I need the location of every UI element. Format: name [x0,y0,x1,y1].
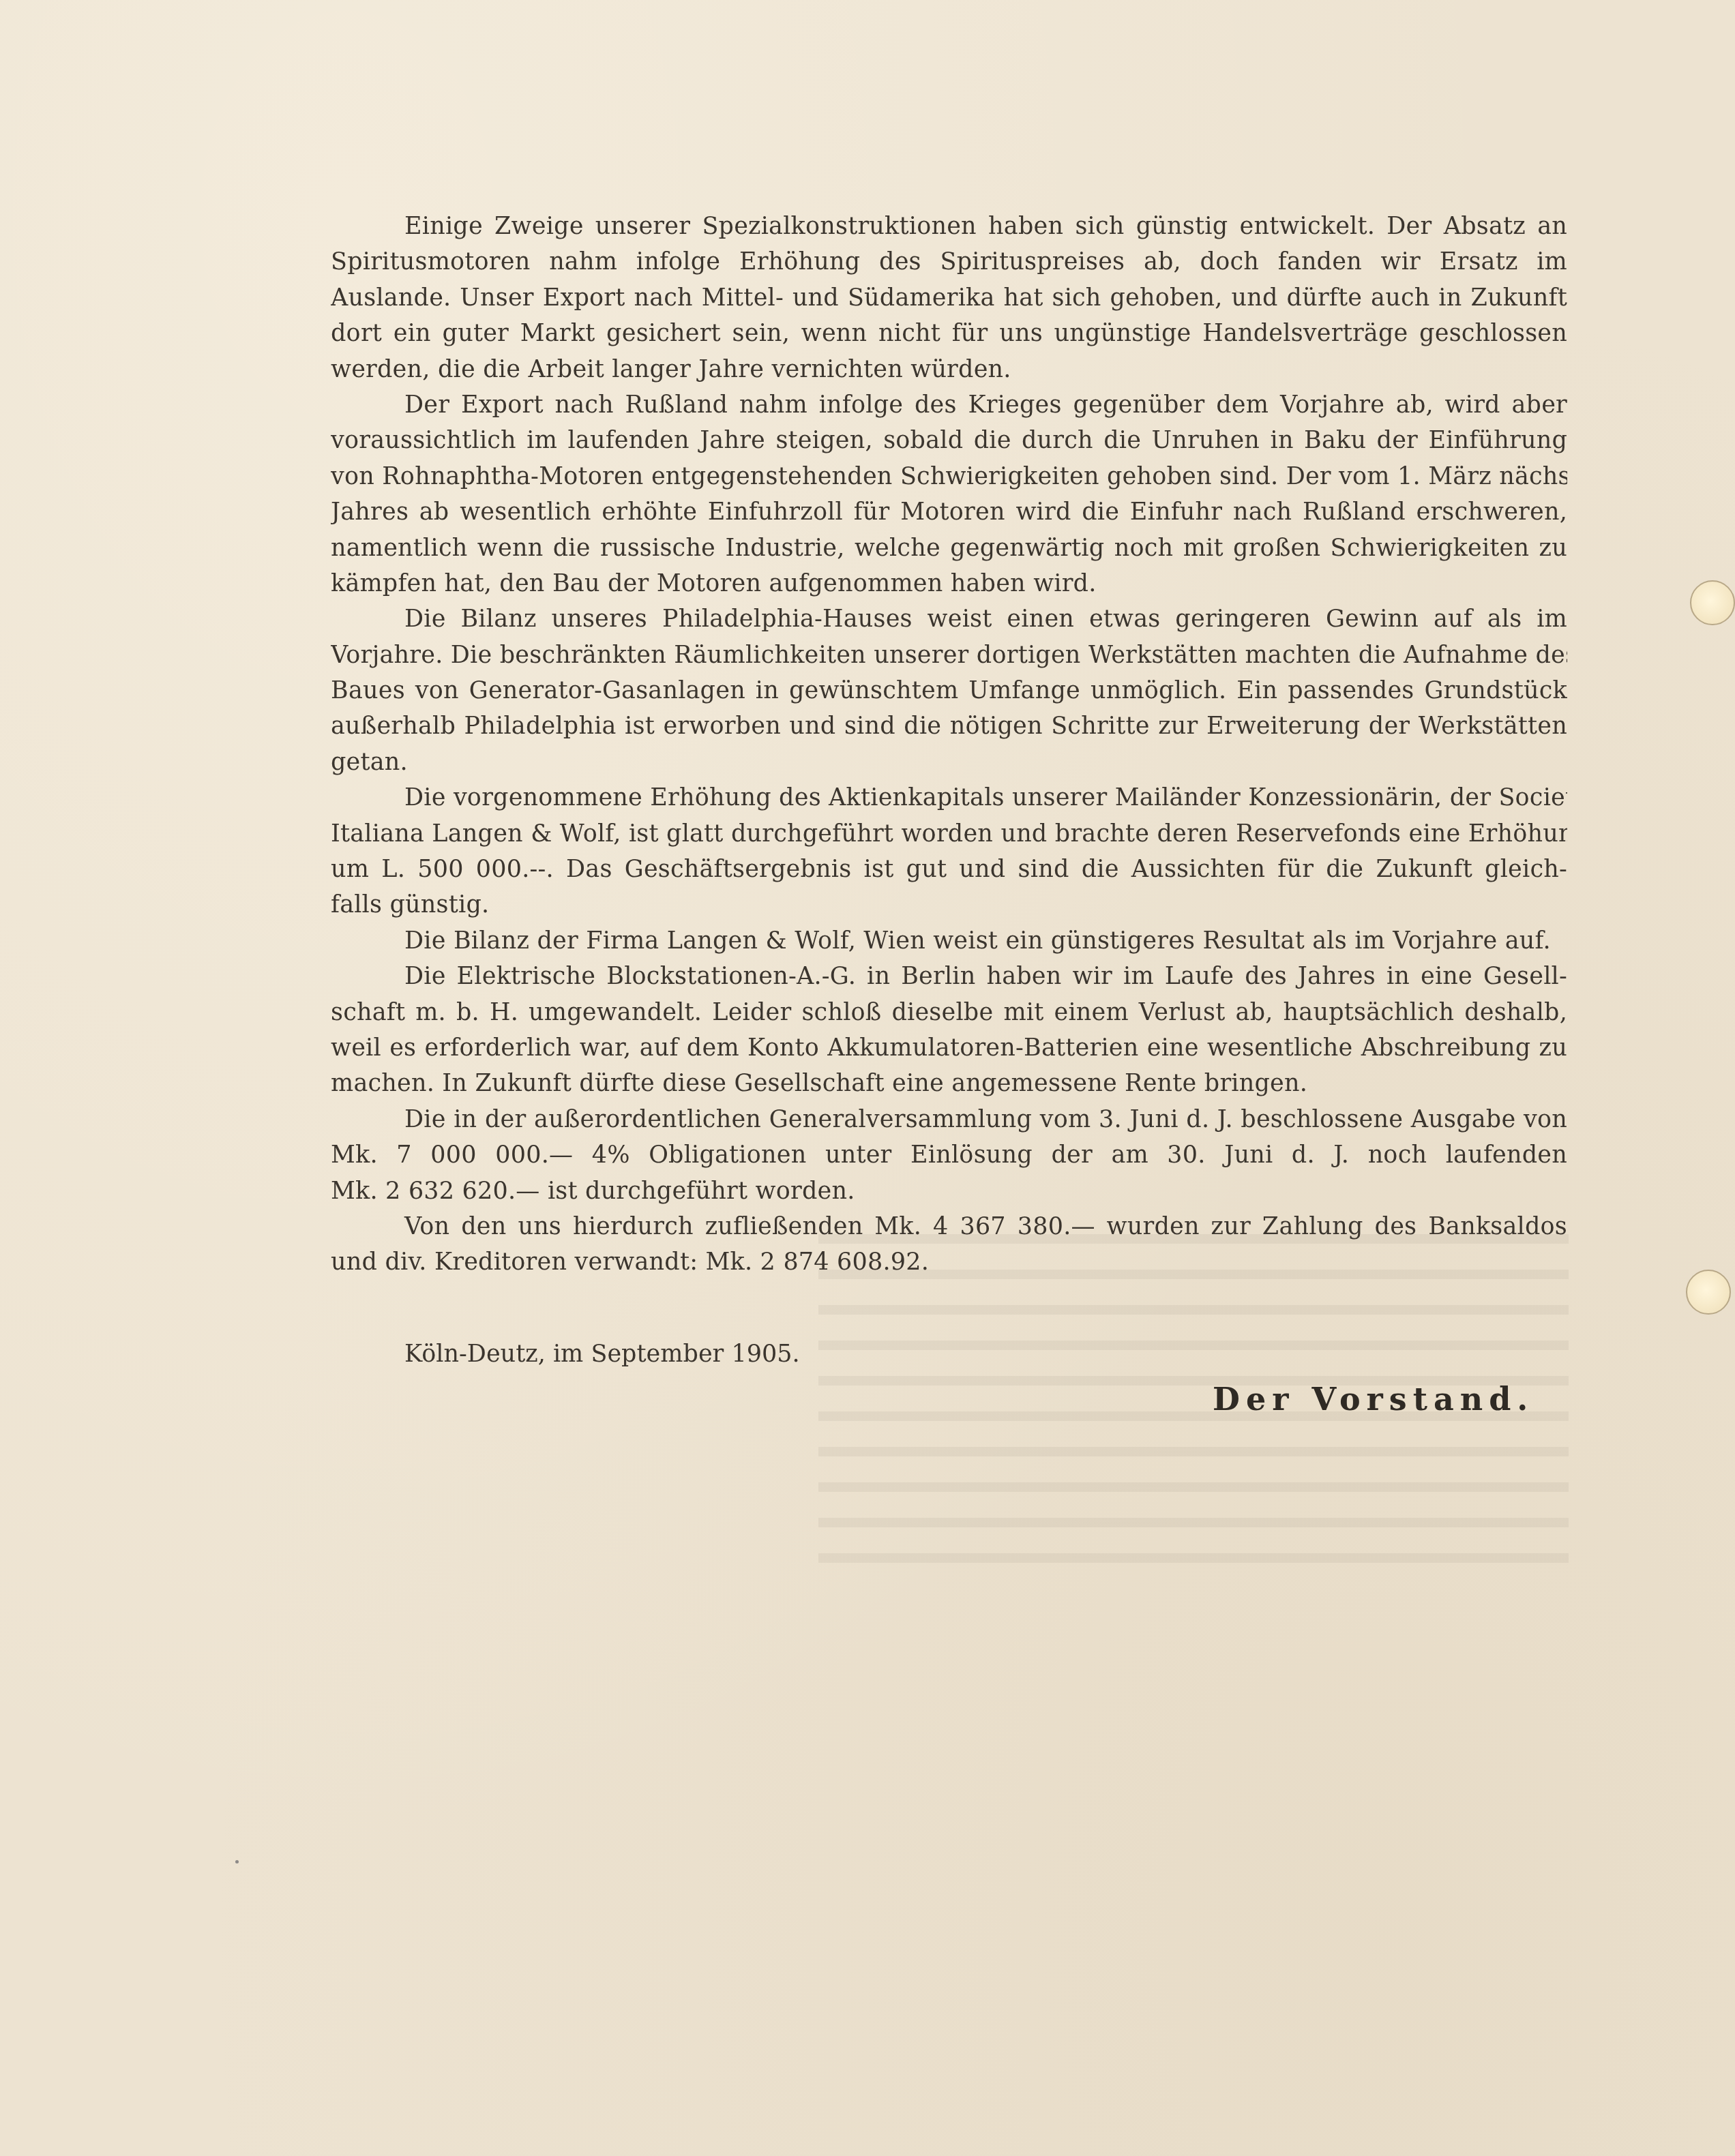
text-line: Von den uns hierdurch zufließenden Mk. 4… [331,1209,1567,1244]
signature-board: Der Vorstand. [1213,1377,1534,1421]
paragraph-milan-concession: Die vorgenommene Erhöhung des Aktienkapi… [331,780,1567,923]
text-line: von Rohnaphtha-Motoren entgegenstehenden… [331,459,1567,494]
text-line: werden, die die Arbeit langer Jahre vern… [331,352,1567,387]
text-line: dort ein guter Markt gesichert sein, wen… [331,316,1567,351]
paragraph-russia-export: Der Export nach Rußland nahm infolge des… [331,387,1567,601]
paragraph-philadelphia: Die Bilanz unseres Philadelphia-Hauses w… [331,601,1567,780]
paragraph-special-constructions: Einige Zweige unserer Spezialkonstruktio… [331,209,1567,387]
text-line: Der Export nach Rußland nahm infolge des… [331,387,1567,423]
text-line: außerhalb Philadelphia ist erworben und … [331,708,1567,744]
text-line: weil es erforderlich war, auf dem Konto … [331,1030,1567,1066]
text-line: kämpfen hat, den Bau der Motoren aufgeno… [331,566,1567,601]
text-line: Die vorgenommene Erhöhung des Aktienkapi… [331,780,1567,815]
text-line: Mk. 7 000 000.— 4% Obligationen unter Ei… [331,1137,1567,1173]
text-line: Spiritusmotoren nahm infolge Erhöhung de… [331,244,1567,280]
text-line: namentlich wenn die russische Industrie,… [331,530,1567,566]
text-line: Die in der außerordentlichen Generalvers… [331,1102,1567,1137]
place-date: Köln-Deutz, im September 1905. [404,1336,800,1372]
paragraph-proceeds: Von den uns hierdurch zufließenden Mk. 4… [331,1209,1567,1281]
text-line: voraussichtlich im laufenden Jahre steig… [331,423,1567,458]
text-line: Mk. 2 632 620.— ist durchgeführt worden. [331,1173,1567,1209]
text-line: Die Bilanz unseres Philadelphia-Hauses w… [331,601,1567,637]
text-line: schaft m. b. H. umgewandelt. Leider schl… [331,995,1567,1030]
text-line: machen. In Zukunft dürfte diese Gesellsc… [331,1066,1567,1101]
paragraph-berlin-blockstations: Die Elektrische Blockstationen-A.-G. in … [331,959,1567,1102]
text-line: Italiana Langen & Wolf, ist glatt durchg… [331,816,1567,852]
text-line: falls günstig. [331,887,1567,923]
report-body: Einige Zweige unserer Spezialkonstruktio… [331,209,1567,1281]
paragraph-vienna: Die Bilanz der Firma Langen & Wolf, Wien… [331,923,1567,959]
text-line: um L. 500 000.--. Das Geschäftsergebnis … [331,852,1567,887]
text-line: Die Bilanz der Firma Langen & Wolf, Wien… [331,923,1567,959]
paper-speck [235,1860,239,1863]
binding-hole-top [1690,580,1735,625]
text-line: getan. [331,745,1567,780]
binding-hole-bottom [1686,1270,1731,1315]
text-line: Einige Zweige unserer Spezialkonstruktio… [331,209,1567,244]
text-line: Die Elektrische Blockstationen-A.-G. in … [331,959,1567,994]
text-line: Vorjahre. Die beschränkten Räumlichkeite… [331,638,1567,673]
text-line: und div. Kreditoren verwandt: Mk. 2 874 … [331,1244,1567,1280]
text-line: Auslande. Unser Export nach Mittel- und … [331,280,1567,316]
text-line: Baues von Generator-Gasanlagen in gewüns… [331,673,1567,708]
text-line: Jahres ab wesentlich erhöhte Einfuhrzoll… [331,494,1567,530]
paragraph-bond-issue: Die in der außerordentlichen Generalvers… [331,1102,1567,1209]
